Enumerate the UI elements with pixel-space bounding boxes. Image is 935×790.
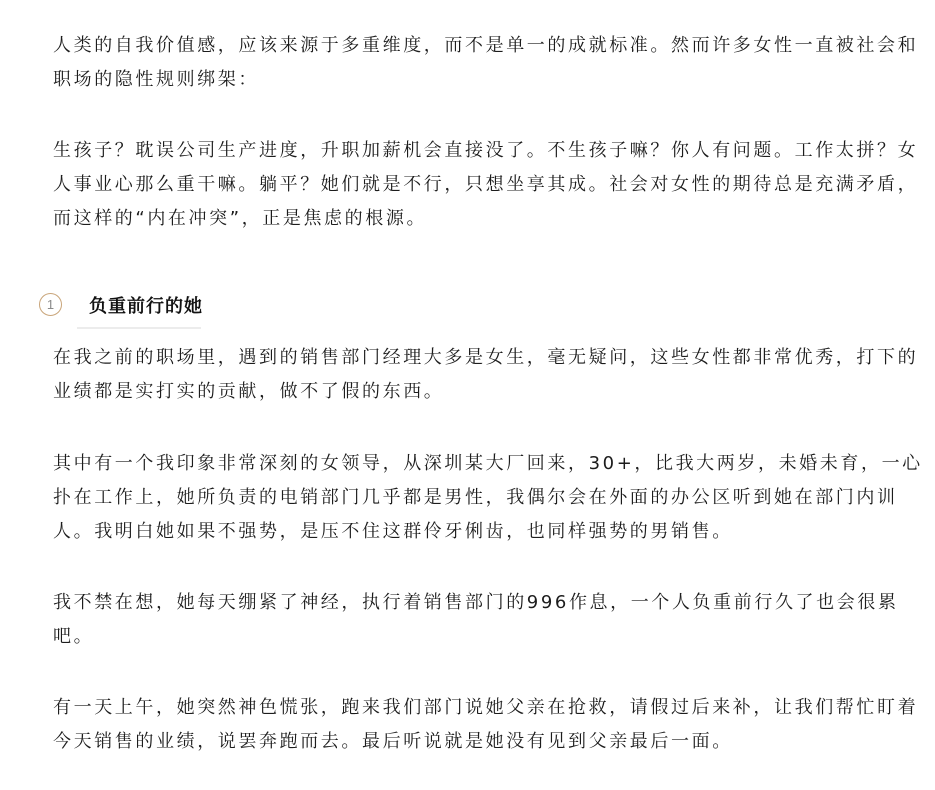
- text-line: 人类的自我价值感，应该来源于多重维度，而不是单一的成就标准。然而许多女性一直被社…: [53, 29, 883, 63]
- paragraph-father: 有一天上午，她突然神色慌张，跑来我们部门说她父亲在抢救，请假过后来补，让我们帮忙…: [53, 691, 883, 759]
- paragraph-pressure: 我不禁在想，她每天绷紧了神经，执行着销售部门的996作息，一个人负重前行久了也会…: [53, 586, 883, 654]
- section-number: 1: [47, 297, 54, 312]
- paragraph-conflict: 生孩子？耽误公司生产进度，升职加薪机会直接没了。不生孩子嘛？你人有问题。工作太拼…: [53, 134, 883, 236]
- section-title: 负重前行的她: [89, 292, 203, 318]
- text-line: 业绩都是实打实的贡献，做不了假的东西。: [53, 375, 883, 409]
- text-line: 在我之前的职场里，遇到的销售部门经理大多是女生，毫无疑问，这些女性都非常优秀，打…: [53, 341, 883, 375]
- paragraph-leader: 其中有一个我印象非常深刻的女领导，从深圳某大厂回来，30+，比我大两岁，未婚未育…: [53, 447, 883, 549]
- text-line: 生孩子？耽误公司生产进度，升职加薪机会直接没了。不生孩子嘛？你人有问题。工作太拼…: [53, 134, 883, 168]
- paragraph-intro: 人类的自我价值感，应该来源于多重维度，而不是单一的成就标准。然而许多女性一直被社…: [53, 29, 883, 97]
- section-heading: 1 负重前行的她: [39, 290, 339, 330]
- text-line: 我不禁在想，她每天绷紧了神经，执行着销售部门的996作息，一个人负重前行久了也会…: [53, 586, 883, 620]
- paragraph-managers: 在我之前的职场里，遇到的销售部门经理大多是女生，毫无疑问，这些女性都非常优秀，打…: [53, 341, 883, 409]
- text-line: 扑在工作上，她所负责的电销部门几乎都是男性，我偶尔会在外面的办公区听到她在部门内…: [53, 481, 883, 515]
- text-line: 职场的隐性规则绑架：: [53, 63, 883, 97]
- text-line: 吧。: [53, 620, 883, 654]
- text-line: 人。我明白她如果不强势，是压不住这群伶牙俐齿，也同样强势的男销售。: [53, 515, 883, 549]
- section-underline-divider: [77, 327, 201, 329]
- section-number-badge: 1: [39, 293, 62, 316]
- text-line: 而这样的“内在冲突”，正是焦虑的根源。: [53, 202, 883, 236]
- text-line: 人事业心那么重干嘛。躺平？她们就是不行，只想坐享其成。社会对女性的期待总是充满矛…: [53, 168, 883, 202]
- text-line: 其中有一个我印象非常深刻的女领导，从深圳某大厂回来，30+，比我大两岁，未婚未育…: [53, 447, 883, 481]
- text-line: 今天销售的业绩，说罢奔跑而去。最后听说就是她没有见到父亲最后一面。: [53, 725, 883, 759]
- text-line: 有一天上午，她突然神色慌张，跑来我们部门说她父亲在抢救，请假过后来补，让我们帮忙…: [53, 691, 883, 725]
